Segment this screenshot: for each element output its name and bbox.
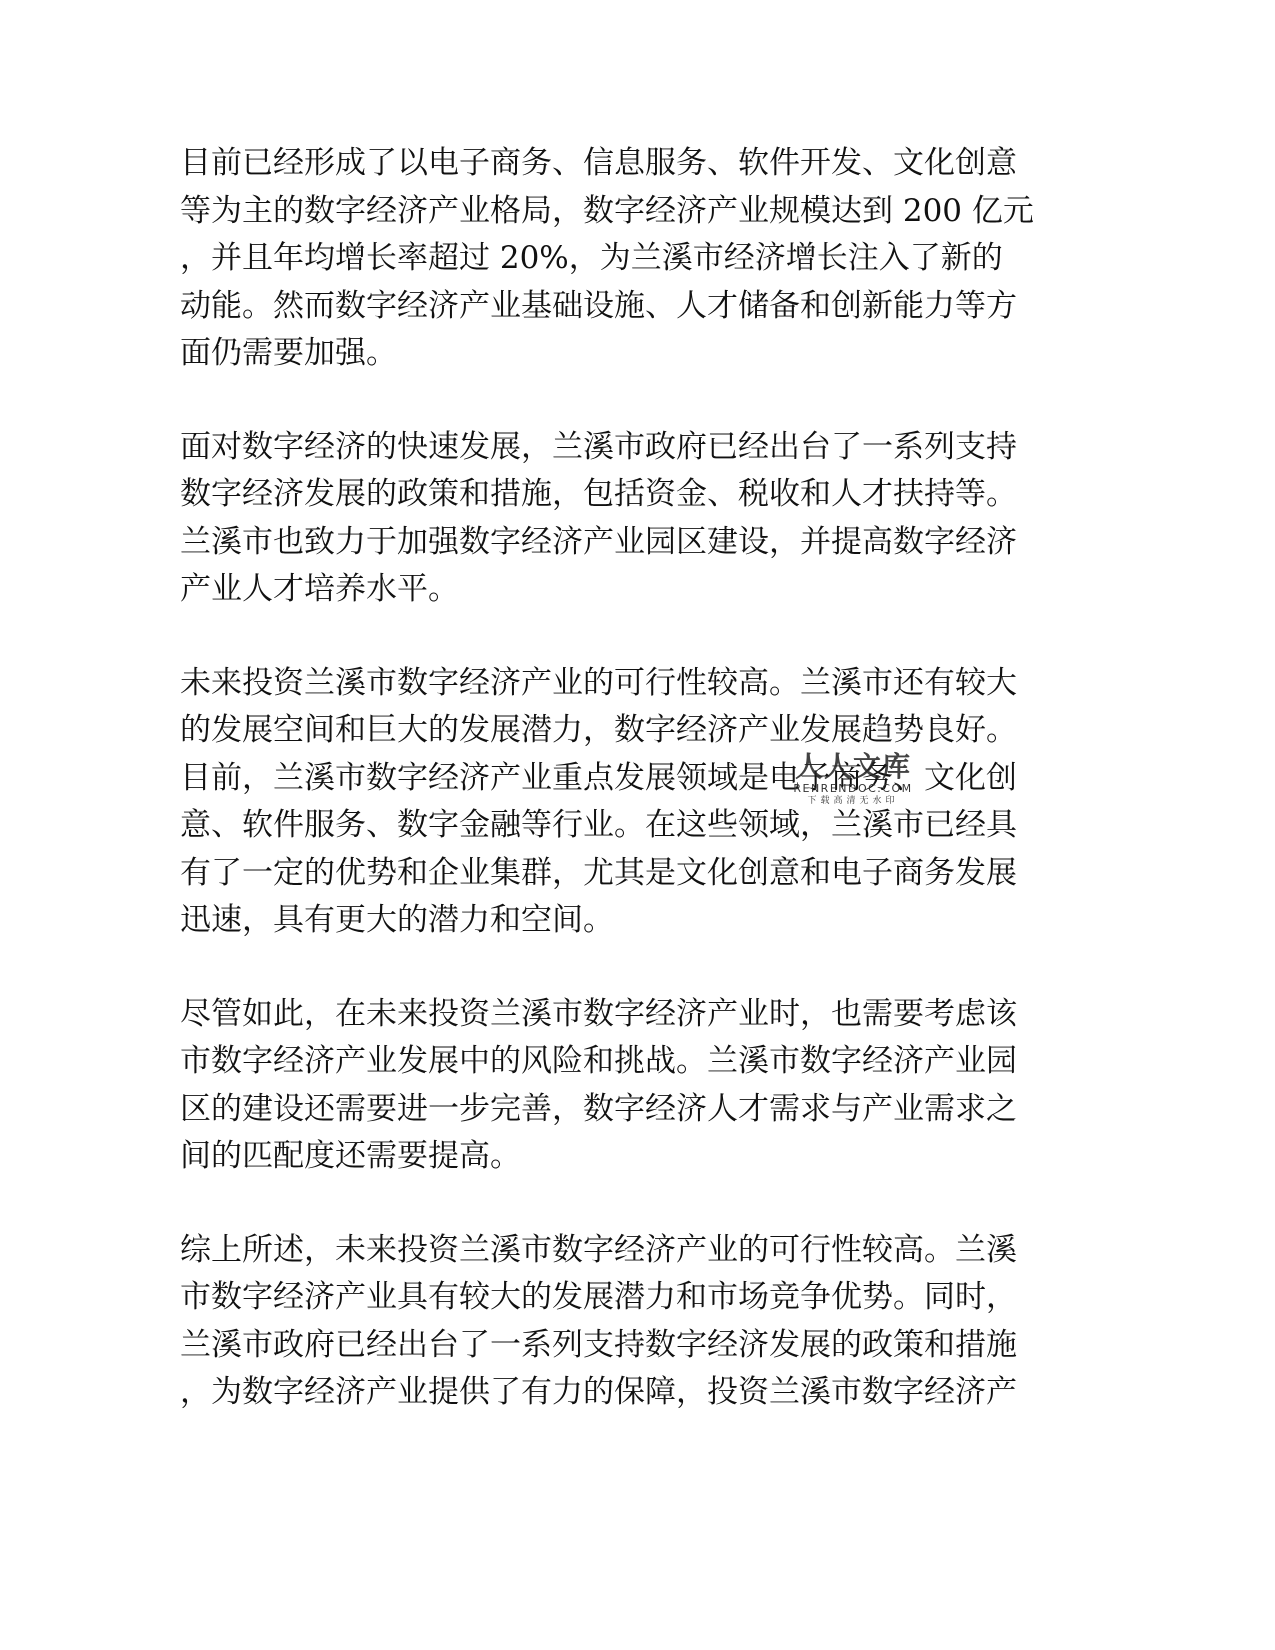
- text-line: 间的匹配度还需要提高。: [180, 1133, 1060, 1181]
- text-line: 综上所述，未来投资兰溪市数字经济产业的可行性较高。兰溪: [180, 1227, 1060, 1275]
- text-line: 产业人才培养水平。: [180, 566, 1060, 614]
- text-line: 市数字经济产业具有较大的发展潜力和市场竞争优势。同时，: [180, 1274, 1060, 1322]
- text-line: 有了一定的优势和企业集群，尤其是文化创意和电子商务发展: [180, 850, 1060, 898]
- text-line: 动能。然而数字经济产业基础设施、人才储备和创新能力等方: [180, 283, 1060, 331]
- text-line: 目前，兰溪市数字经济产业重点发展领域是电子商务、文化创: [180, 755, 1060, 803]
- text-line: 未来投资兰溪市数字经济产业的可行性较高。兰溪市还有较大: [180, 660, 1060, 708]
- text-line: 市数字经济产业发展中的风险和挑战。兰溪市数字经济产业园: [180, 1038, 1060, 1086]
- paragraph-1: 目前已经形成了以电子商务、信息服务、软件开发、文化创意 等为主的数字经济产业格局…: [180, 140, 1060, 378]
- text-line: 目前已经形成了以电子商务、信息服务、软件开发、文化创意: [180, 140, 1060, 188]
- text-line: 区的建设还需要进一步完善，数字经济人才需求与产业需求之: [180, 1086, 1060, 1134]
- paragraph-3: 未来投资兰溪市数字经济产业的可行性较高。兰溪市还有较大 的发展空间和巨大的发展潜…: [180, 660, 1060, 945]
- text-line: 等为主的数字经济产业格局，数字经济产业规模达到 200 亿元: [180, 188, 1060, 236]
- text-line: 面对数字经济的快速发展，兰溪市政府已经出台了一系列支持: [180, 424, 1060, 472]
- text-line: 尽管如此，在未来投资兰溪市数字经济产业时，也需要考虑该: [180, 991, 1060, 1039]
- text-line: 数字经济发展的政策和措施，包括资金、税收和人才扶持等。: [180, 471, 1060, 519]
- text-line: ，并且年均增长率超过 20%，为兰溪市经济增长注入了新的: [180, 235, 1060, 283]
- text-line: 面仍需要加强。: [180, 330, 1060, 378]
- paragraph-5: 综上所述，未来投资兰溪市数字经济产业的可行性较高。兰溪 市数字经济产业具有较大的…: [180, 1227, 1060, 1417]
- paragraph-2: 面对数字经济的快速发展，兰溪市政府已经出台了一系列支持 数字经济发展的政策和措施…: [180, 424, 1060, 614]
- document-page: 目前已经形成了以电子商务、信息服务、软件开发、文化创意 等为主的数字经济产业格局…: [180, 140, 1060, 1463]
- paragraph-4: 尽管如此，在未来投资兰溪市数字经济产业时，也需要考虑该 市数字经济产业发展中的风…: [180, 991, 1060, 1181]
- text-line: 兰溪市政府已经出台了一系列支持数字经济发展的政策和措施: [180, 1322, 1060, 1370]
- text-line: ，为数字经济产业提供了有力的保障，投资兰溪市数字经济产: [180, 1369, 1060, 1417]
- text-line: 的发展空间和巨大的发展潜力，数字经济产业发展趋势良好。: [180, 707, 1060, 755]
- text-line: 迅速，具有更大的潜力和空间。: [180, 897, 1060, 945]
- text-line: 兰溪市也致力于加强数字经济产业园区建设，并提高数字经济: [180, 519, 1060, 567]
- text-line: 意、软件服务、数字金融等行业。在这些领域，兰溪市已经具: [180, 802, 1060, 850]
